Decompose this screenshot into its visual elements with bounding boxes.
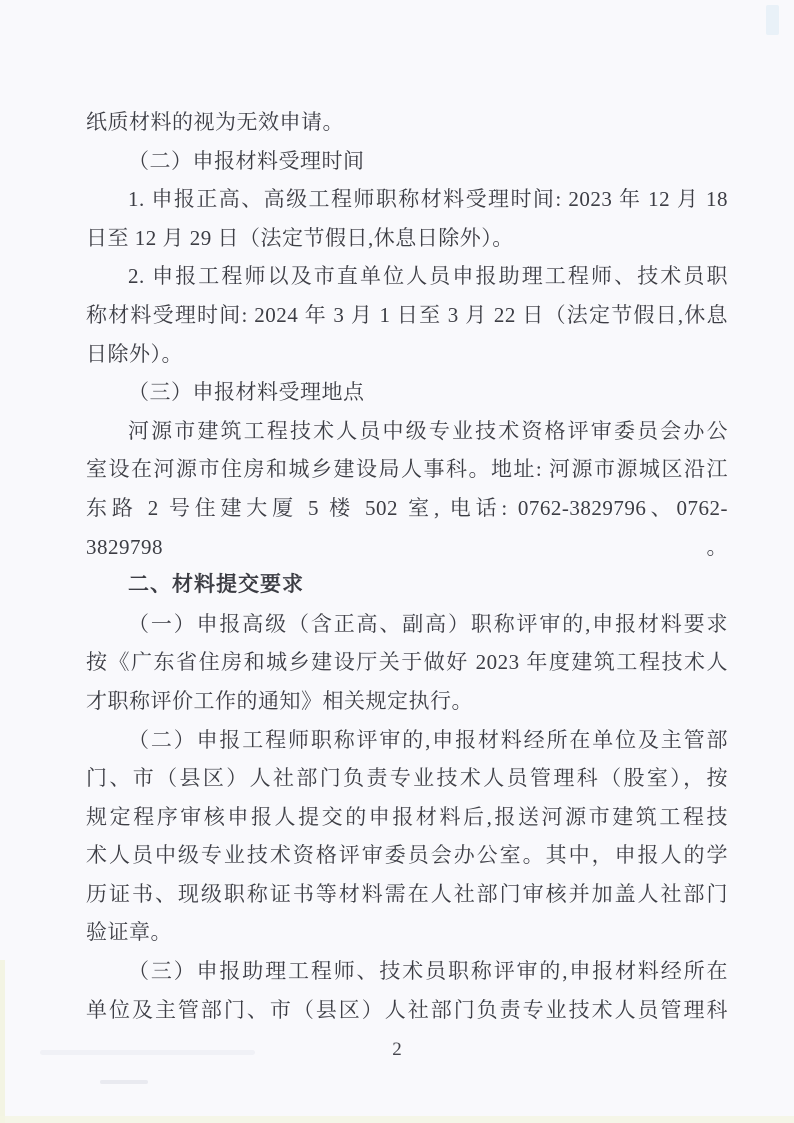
body-line: （一）申报高级（含正高、副高）职称评审的,申报材料要求 [86,605,728,644]
scan-edge-tint [0,1116,794,1123]
body-line: 日除外）。 [86,335,728,374]
scanned-document-page: 纸质材料的视为无效申请。 （二）申报材料受理时间 1. 申报正高、高级工程师职称… [0,0,794,1123]
body-line: 规定程序审核申报人提交的申报材料后,报送河源市建筑工程技 [86,798,728,837]
body-line: （二）申报工程师职称评审的,申报材料经所在单位及主管部 [86,721,728,760]
page-number: 2 [0,1032,794,1068]
body-line: （三）申报助理工程师、技术员职称评审的,申报材料经所在 [86,952,728,991]
body-line: 按《广东省住房和城乡建设厅关于做好 2023 年度建筑工程技术人 [86,643,728,682]
body-line: 历证书、现级职称证书等材料需在人社部门审核并加盖人社部门 [86,875,728,914]
document-body: 纸质材料的视为无效申请。 （二）申报材料受理时间 1. 申报正高、高级工程师职称… [86,103,728,1029]
subheading-acceptance-location: （三）申报材料受理地点 [86,373,728,412]
body-line: 才职称评价工作的通知》相关规定执行。 [86,682,728,721]
subheading-acceptance-time: （二）申报材料受理时间 [86,142,728,181]
scan-artifact-mark [766,5,779,35]
scan-smudge [100,1080,148,1084]
body-line: 1. 申报正高、高级工程师职称材料受理时间: 2023 年 12 月 18 [86,180,728,219]
body-line: 单位及主管部门、市（县区）人社部门负责专业技术人员管理科 [86,991,728,1030]
body-line: 验证章。 [86,913,728,952]
body-line: 门、市（县区）人社部门负责专业技术人员管理科（股室），按 [86,759,728,798]
body-line: 河源市建筑工程技术人员中级专业技术资格评审委员会办公 [86,412,728,451]
body-line-contact-phone: 东路 2 号住建大厦 5 楼 502 室, 电话: 0762-3829796、0… [86,489,728,566]
body-line: 日至 12 月 29 日（法定节假日,休息日除外）。 [86,219,728,258]
body-line: 2. 申报工程师以及市直单位人员申报助理工程师、技术员职 [86,257,728,296]
body-line: 称材料受理时间: 2024 年 3 月 1 日至 3 月 22 日（法定节假日,… [86,296,728,335]
section-heading-submission-requirements: 二、材料提交要求 [86,566,728,605]
body-line: 术人员中级专业技术资格评审委员会办公室。其中，申报人的学 [86,836,728,875]
body-line: 纸质材料的视为无效申请。 [86,103,728,142]
body-line: 室设在河源市住房和城乡建设局人事科。地址: 河源市源城区沿江 [86,450,728,489]
